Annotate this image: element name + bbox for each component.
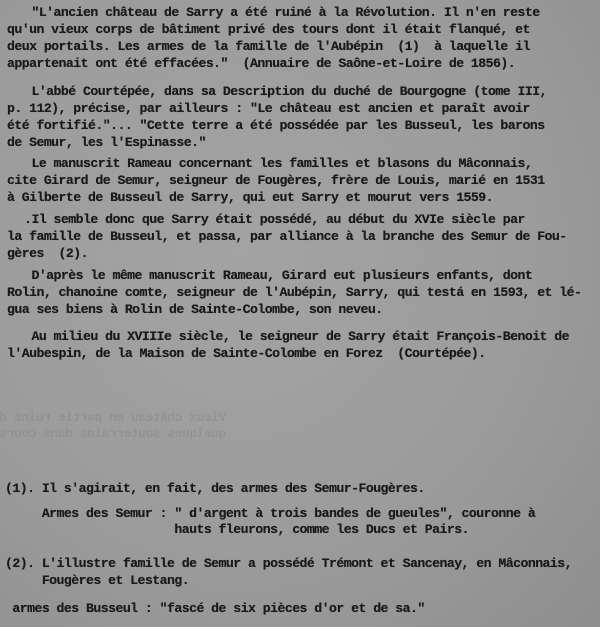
text-line: de Semur, les l'Espinasse." xyxy=(7,135,206,151)
text-line: appartenait ont été effacées." (Annuaire… xyxy=(7,56,515,72)
text-line: "L'ancien château de Sarry a été ruiné à… xyxy=(2,5,540,21)
text-line: hauts fleurons, comme les Ducs et Pairs. xyxy=(5,522,469,538)
text-line: (2). L'illustre famille de Semur a possé… xyxy=(5,556,572,572)
text-line: (1). Il s'agirait, en fait, des armes de… xyxy=(5,481,425,497)
text-line: L'abbé Courtépée, dans sa Description du… xyxy=(2,84,547,100)
text-line: Le manuscrit Rameau concernant les famil… xyxy=(2,156,532,172)
text-line: Rolin, chanoine comte, seigneur de l'Aub… xyxy=(7,285,581,301)
text-line: p. 112), précise, par ailleurs : "Le châ… xyxy=(7,101,530,117)
text-line: été fortifié."... "Cette terre a été pos… xyxy=(7,118,545,134)
text-line: .Il semble donc que Sarry était possédé,… xyxy=(2,212,525,228)
text-line: qu'un vieux corps de bâtiment privé des … xyxy=(7,22,530,38)
text-line: deux portails. Les armes de la famille d… xyxy=(7,39,530,55)
text-line: la famille de Busseul, et passa, par all… xyxy=(7,229,567,245)
text-line: D'après le même manuscrit Rameau, Girard… xyxy=(2,268,532,284)
text-line: Armes des Semur : " d'argent à trois ban… xyxy=(5,506,535,522)
text-line: Fougères et Lestang. xyxy=(5,573,189,589)
scanned-typewritten-page: "L'ancien château de Sarry a été ruiné à… xyxy=(0,0,600,627)
text-line: à Gilberte de Busseul de Sarry, qui eut … xyxy=(7,190,493,206)
text-line: cite Girard de Semur, seigneur de Fougèr… xyxy=(7,173,545,189)
text-line: Au milieu du XVIIIe siècle, le seigneur … xyxy=(2,329,569,345)
text-line: armes des Busseul : "fascé de six pièces… xyxy=(5,601,425,617)
text-line: gères (2). xyxy=(7,246,88,262)
ghost-line: Vieux château en partie ruiné d xyxy=(0,410,226,426)
text-line: l'Aubespin, de la Maison de Sainte-Colom… xyxy=(7,346,486,362)
text-line: gua ses biens à Rolin de Sainte-Colombe,… xyxy=(7,302,383,318)
ghost-line: quelques souterrains dans cours xyxy=(0,426,226,442)
